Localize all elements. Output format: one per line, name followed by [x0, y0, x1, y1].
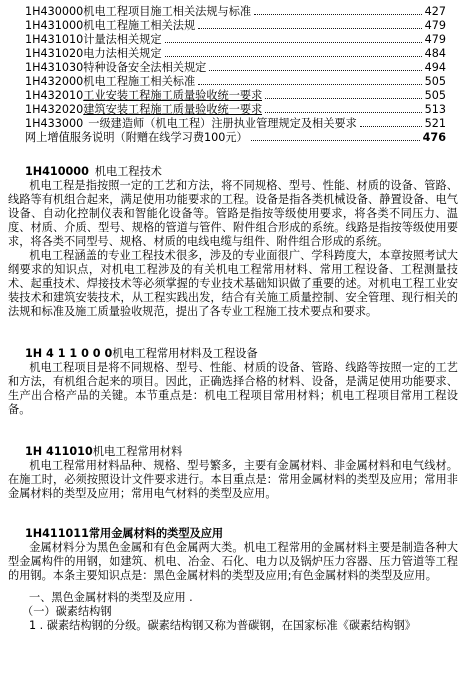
toc-entry-title: 机电工程项目施工相关法规与标准: [83, 5, 251, 19]
section-title: 机电工程技术: [95, 165, 162, 178]
toc-entry-title: 计量法相关规定: [83, 33, 161, 47]
section-code: 1H 411010: [25, 445, 93, 458]
section-heading-1h411000: 1H 4 1 1 0 0 0机电工程常用材料及工程设备: [8, 347, 458, 361]
toc-entry-page-bold: 476: [423, 131, 446, 145]
toc-entry[interactable]: 网上增值服务说明（附赠在线学习费100元）476: [25, 131, 446, 145]
toc-entry[interactable]: 1H431020电力法相关规定484: [25, 47, 446, 61]
toc-entry-code: 1H430000: [25, 5, 83, 19]
toc-entry-page: 479: [425, 19, 446, 33]
toc-entry-page: 521: [425, 117, 446, 131]
dot-leader: [265, 112, 421, 113]
section-code: 1H410000: [25, 165, 89, 178]
toc-entry-title: 网上增值服务说明（附赠在线学习费100元）: [25, 131, 248, 145]
paragraph-mechatronics-definition: 机电工程是指按照一定的工艺和方法，将不同规格、型号、性能、材质的设备、管路、线路…: [8, 179, 458, 249]
dot-leader: [265, 98, 421, 99]
toc-entry-page: 484: [425, 47, 446, 61]
table-of-contents: 1H430000机电工程项目施工相关法规与标准427 1H431000机电工程施…: [8, 5, 458, 145]
toc-entry[interactable]: 1H431030特种设备安全法相关规定494: [25, 61, 446, 75]
toc-entry-title: 机电工程施工相关法规: [83, 19, 195, 33]
toc-entry-page: 513: [425, 103, 446, 117]
toc-entry[interactable]: 1H433000一级建造师（机电工程）注册执业管理规定及相关要求521: [25, 117, 446, 131]
dot-leader: [165, 42, 422, 43]
section-code: 1H 4 1 1 0 0 0: [25, 347, 112, 360]
dot-leader: [165, 56, 422, 57]
toc-entry-page: 427: [425, 5, 446, 19]
toc-entry-code: 1H432020: [25, 103, 83, 117]
paragraph-metal-materials: 金属材料分为黑色金属和有色金属两大类。机电工程常用的金属材料主要是制造各种大型金…: [8, 541, 458, 583]
toc-entry-page: 479: [425, 33, 446, 47]
toc-entry-code: 1H432010: [25, 89, 83, 103]
dot-leader: [209, 70, 421, 71]
toc-entry-page: 505: [425, 75, 446, 89]
toc-entry[interactable]: 1H432020建筑安装工程施工质量验收统一要求513: [25, 103, 446, 117]
dot-leader: [198, 84, 422, 85]
toc-entry-code: 1H431000: [25, 19, 83, 33]
toc-entry-code: 1H431010: [25, 33, 83, 47]
toc-entry-page: 505: [425, 89, 446, 103]
section-heading-1h410000: 1H410000机电工程技术: [8, 165, 458, 179]
toc-entry[interactable]: 1H431010计量法相关规定479: [25, 33, 446, 47]
toc-entry[interactable]: 1H432000机电工程施工相关标准505: [25, 75, 446, 89]
toc-entry-code: 1H432000: [25, 75, 83, 89]
toc-entry-code: 1H433000: [25, 117, 83, 131]
toc-entry-title-underlined: 建筑安装工程施工质量验收统一要求: [83, 103, 262, 117]
paragraph-chapter-overview: 机电工程涵盖的专业工程技术很多，涉及的专业面很广、学科跨度大，本章按照考试大纲要…: [8, 249, 458, 319]
section-title: 1H411011常用金属材料的类型及应用: [25, 527, 223, 540]
list-item-steel-grading: 1 . 碳素结构钢的分级。碳素结构钢又称为普碳钢，在国家标准《碳素结构钢》: [8, 619, 458, 633]
toc-entry-title: 一级建造师（机电工程）注册执业管理规定及相关要求: [88, 117, 357, 131]
dot-leader: [251, 140, 420, 141]
toc-entry-title-underlined: 工业安装工程施工质量验收统一要求: [83, 89, 262, 103]
toc-entry[interactable]: 1H430000机电工程项目施工相关法规与标准427: [25, 5, 446, 19]
paragraph-materials-overview: 机电工程常用材料品种、规格、型号繁多，主要有金属材料、非金属材料和电气线材。在施…: [8, 459, 458, 501]
toc-entry-code: 1H431020: [25, 47, 83, 61]
toc-entry-title: 机电工程施工相关标准: [83, 75, 195, 89]
toc-entry[interactable]: 1H432010工业安装工程施工质量验收统一要求505: [25, 89, 446, 103]
toc-entry-code: 1H431030: [25, 61, 83, 75]
paragraph-section-focus: 机电工程项目是将不同规格、型号、性能、材质的设备、管路、线路等按照一定的工艺和方…: [8, 361, 458, 417]
list-item-carbon-structural-steel: （一）碳素结构钢: [8, 605, 458, 619]
toc-entry-title: 电力法相关规定: [83, 47, 161, 61]
toc-entry-page: 494: [425, 61, 446, 75]
dot-leader: [198, 28, 422, 29]
toc-entry[interactable]: 1H431000机电工程施工相关法规479: [25, 19, 446, 33]
dot-leader: [254, 14, 422, 15]
section-heading-1h411011: 1H411011常用金属材料的类型及应用: [8, 527, 458, 541]
list-item-ferrous-metals: 一、黑色金属材料的类型及应用 .: [8, 591, 458, 605]
section-heading-1h411010: 1H 411010机电工程常用材料: [8, 445, 458, 459]
section-title: 机电工程常用材料及工程设备: [112, 347, 257, 360]
dot-leader: [360, 126, 422, 127]
section-title: 机电工程常用材料: [93, 445, 183, 458]
document-page: 1H430000机电工程项目施工相关法规与标准427 1H431000机电工程施…: [0, 0, 466, 689]
toc-entry-title: 特种设备安全法相关规定: [83, 61, 206, 75]
